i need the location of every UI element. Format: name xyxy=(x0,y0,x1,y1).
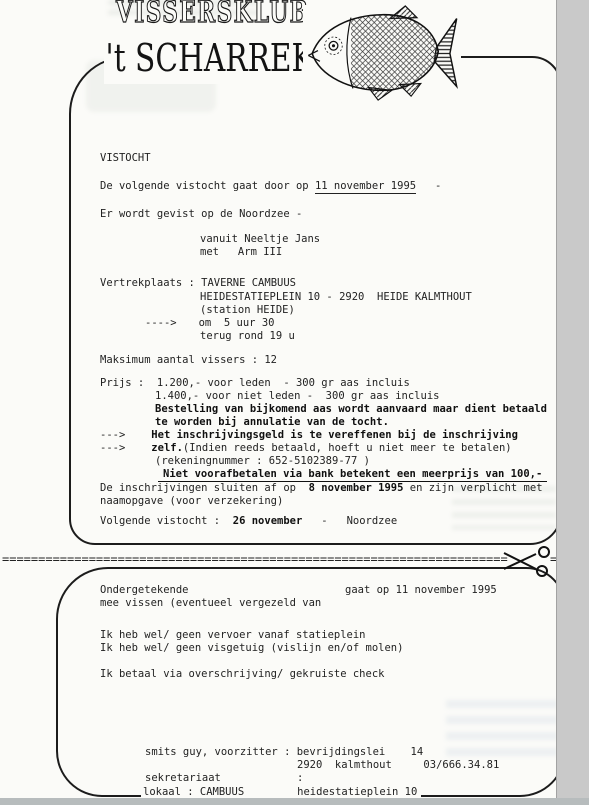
deadline-date: 8 november 1995 xyxy=(302,482,403,494)
notice-intro-line: De volgende vistocht gaat door op 11 nov… xyxy=(100,180,441,193)
departure-time-back: terug rond 19 u xyxy=(200,330,295,343)
price-members-line: Prijs : 1.200,- voor leden - 300 gr aas … xyxy=(100,377,410,390)
boat-from-line: vanuit Neeltje Jans xyxy=(200,233,320,246)
form-undersigned: Ondergetekende xyxy=(100,584,189,597)
next-label: Volgende vistocht : xyxy=(100,515,233,527)
bait-note-line1: Bestelling van bijkomend aas wordt aanva… xyxy=(155,403,547,416)
cut-here-dashes: ========================================… xyxy=(2,552,508,566)
form-trip-date: gaat op 11 november 1995 xyxy=(345,584,497,597)
scanned-flyer-page: VISSERSKLUB 't SCHARREKE xyxy=(0,0,589,805)
pay-rule-line1: --->Het inschrijvingsgeld is te vereffen… xyxy=(100,429,518,442)
chairman-line: smits guy, voorzitter : bevrijdingslei 1… xyxy=(145,746,423,759)
scissors-icon xyxy=(502,545,554,577)
local-label: lokaal : CAMBUUS xyxy=(143,786,244,798)
scan-edge-bottom xyxy=(0,798,589,805)
arrow-marker: ---> xyxy=(100,442,125,454)
max-anglers-line: Maksimum aantal vissers : 12 xyxy=(100,354,277,367)
secretary-label: sekretariaat xyxy=(145,772,221,785)
scan-edge-right xyxy=(556,0,589,805)
trip-date: 11 november 1995 xyxy=(315,180,416,194)
form-payment-line: Ik betaal via overschrijving/ gekruiste … xyxy=(100,668,384,681)
next-date: 26 november xyxy=(233,515,303,527)
sea-line: Er wordt gevist op de Noordzee - xyxy=(100,208,302,221)
club-name-title: VISSERSKLUB xyxy=(116,0,309,30)
departure-time-out: om 5 uur 30 xyxy=(199,317,275,329)
notice-title: VISTOCHT xyxy=(100,152,151,165)
bait-note-line2: te worden bij annulatie van de tocht. xyxy=(155,416,389,429)
intro-post: - xyxy=(416,180,441,192)
account-number-line: (rekeningnummer : 652-5102389-77 ) xyxy=(155,455,370,468)
local-address: heidestatieplein 10 xyxy=(297,786,417,798)
departure-time-line: ---->om 5 uur 30 xyxy=(145,317,274,330)
pay-rule-1: Het inschrijvingsgeld is te vereffenen b… xyxy=(151,429,518,441)
deadline-pre: De inschrijvingen sluiten af op xyxy=(100,482,302,494)
deadline-line: De inschrijvingen sluiten af op 8 novemb… xyxy=(100,482,543,495)
departure-address: HEIDESTATIEPLEIN 10 - 2920 HEIDE KALMTHO… xyxy=(200,291,472,304)
departure-line: Vertrekplaats : TAVERNE CAMBUUS xyxy=(100,277,296,290)
next-trip-line: Volgende vistocht : 26 november - Noordz… xyxy=(100,515,397,528)
pay-rule-line2: --->zelf.(Indien reeds betaald, hoeft u … xyxy=(100,442,512,455)
arrow-marker: ----> xyxy=(145,317,177,329)
fish-icon xyxy=(303,5,461,102)
next-dest: - Noordzee xyxy=(302,515,397,527)
price-members: 1.200,- voor leden - 300 gr aas incluis xyxy=(157,377,410,389)
form-transport-line: Ik heb wel/ geen vervoer vanaf statieple… xyxy=(100,629,366,642)
deadline-line2: naamopgave (voor verzekering) xyxy=(100,495,283,508)
departure-station: (station HEIDE) xyxy=(200,304,295,317)
price-label: Prijs : xyxy=(100,377,157,389)
intro-pre: De volgende vistocht gaat door op xyxy=(100,180,315,192)
form-join-line: mee vissen (eventueel vergezeld van xyxy=(100,597,321,610)
deadline-post: en zijn verplicht met xyxy=(403,482,542,494)
secretary-colon: : xyxy=(297,772,303,785)
form-gear-line: Ik heb wel/ geen visgetuig (vislijn en/o… xyxy=(100,642,403,655)
departure-venue: TAVERNE CAMBUUS xyxy=(201,277,296,289)
price-non-members-line: 1.400,- voor niet leden - 300 gr aas inc… xyxy=(155,390,439,403)
bank-warning: Niet voorafbetalen via bank betekent een… xyxy=(158,468,547,482)
pay-rule-2-rest: (Indien reeds betaald, hoeft u niet meer… xyxy=(183,442,512,454)
arrow-marker: ---> xyxy=(100,429,125,441)
pay-rule-2-bold: zelf. xyxy=(151,442,183,454)
bank-warning-line: Niet voorafbetalen via bank betekent een… xyxy=(163,468,547,481)
chairman-line2: 2920 kalmthout 03/666.34.81 xyxy=(297,759,499,772)
departure-label: Vertrekplaats : xyxy=(100,277,201,289)
boat-name-line: met Arm III xyxy=(200,246,282,259)
